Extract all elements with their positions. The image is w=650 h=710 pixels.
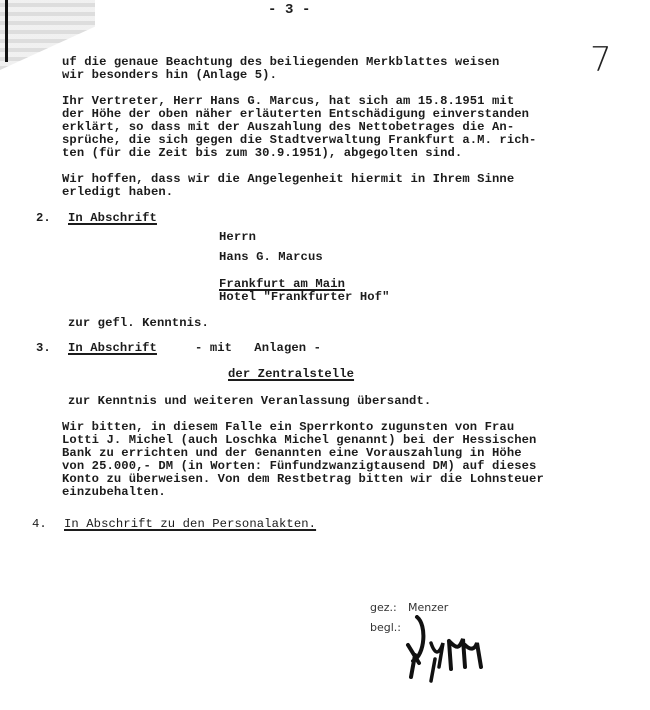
handwritten-signature bbox=[405, 615, 495, 685]
item-3-suffix: - mit Anlagen - bbox=[195, 342, 321, 355]
item-2-number: 2. bbox=[36, 212, 51, 225]
handwritten-page-number: 7 bbox=[590, 40, 612, 80]
address-hotel: Hotel "Frankfurter Hof" bbox=[219, 291, 390, 304]
paragraph-3-line-2: erledigt haben. bbox=[62, 186, 173, 199]
item-4-number: 4. bbox=[32, 518, 47, 531]
paragraph-1-line-2: wir besonders hin (Anlage 5). bbox=[62, 69, 277, 82]
item-3-note: zur Kenntnis und weiteren Veranlassung ü… bbox=[68, 395, 431, 408]
item-3-body-line-6: einzubehalten. bbox=[62, 486, 166, 499]
signed-name: Menzer bbox=[408, 601, 448, 614]
paragraph-2-line-5: ten (für die Zeit bis zum 30.9.1951), ab… bbox=[62, 147, 462, 160]
page-number: - 3 - bbox=[268, 4, 311, 17]
address-name: Hans G. Marcus bbox=[219, 251, 323, 264]
item-2-heading: In Abschrift bbox=[68, 212, 157, 225]
item-2-note: zur gefl. Kenntnis. bbox=[68, 317, 209, 330]
corner-margin-line bbox=[5, 0, 8, 62]
document-page: - 3 - 7 uf die genaue Beachtung des beil… bbox=[0, 0, 650, 710]
signed-label: gez.: bbox=[370, 601, 397, 614]
item-3-heading: In Abschrift bbox=[68, 342, 157, 355]
item-4-heading: In Abschrift zu den Personalakten. bbox=[64, 518, 316, 531]
certified-label: begl.: bbox=[370, 621, 401, 634]
item-3-recipient: der Zentralstelle bbox=[228, 368, 354, 381]
item-3-number: 3. bbox=[36, 342, 51, 355]
address-salutation: Herrn bbox=[219, 231, 256, 244]
